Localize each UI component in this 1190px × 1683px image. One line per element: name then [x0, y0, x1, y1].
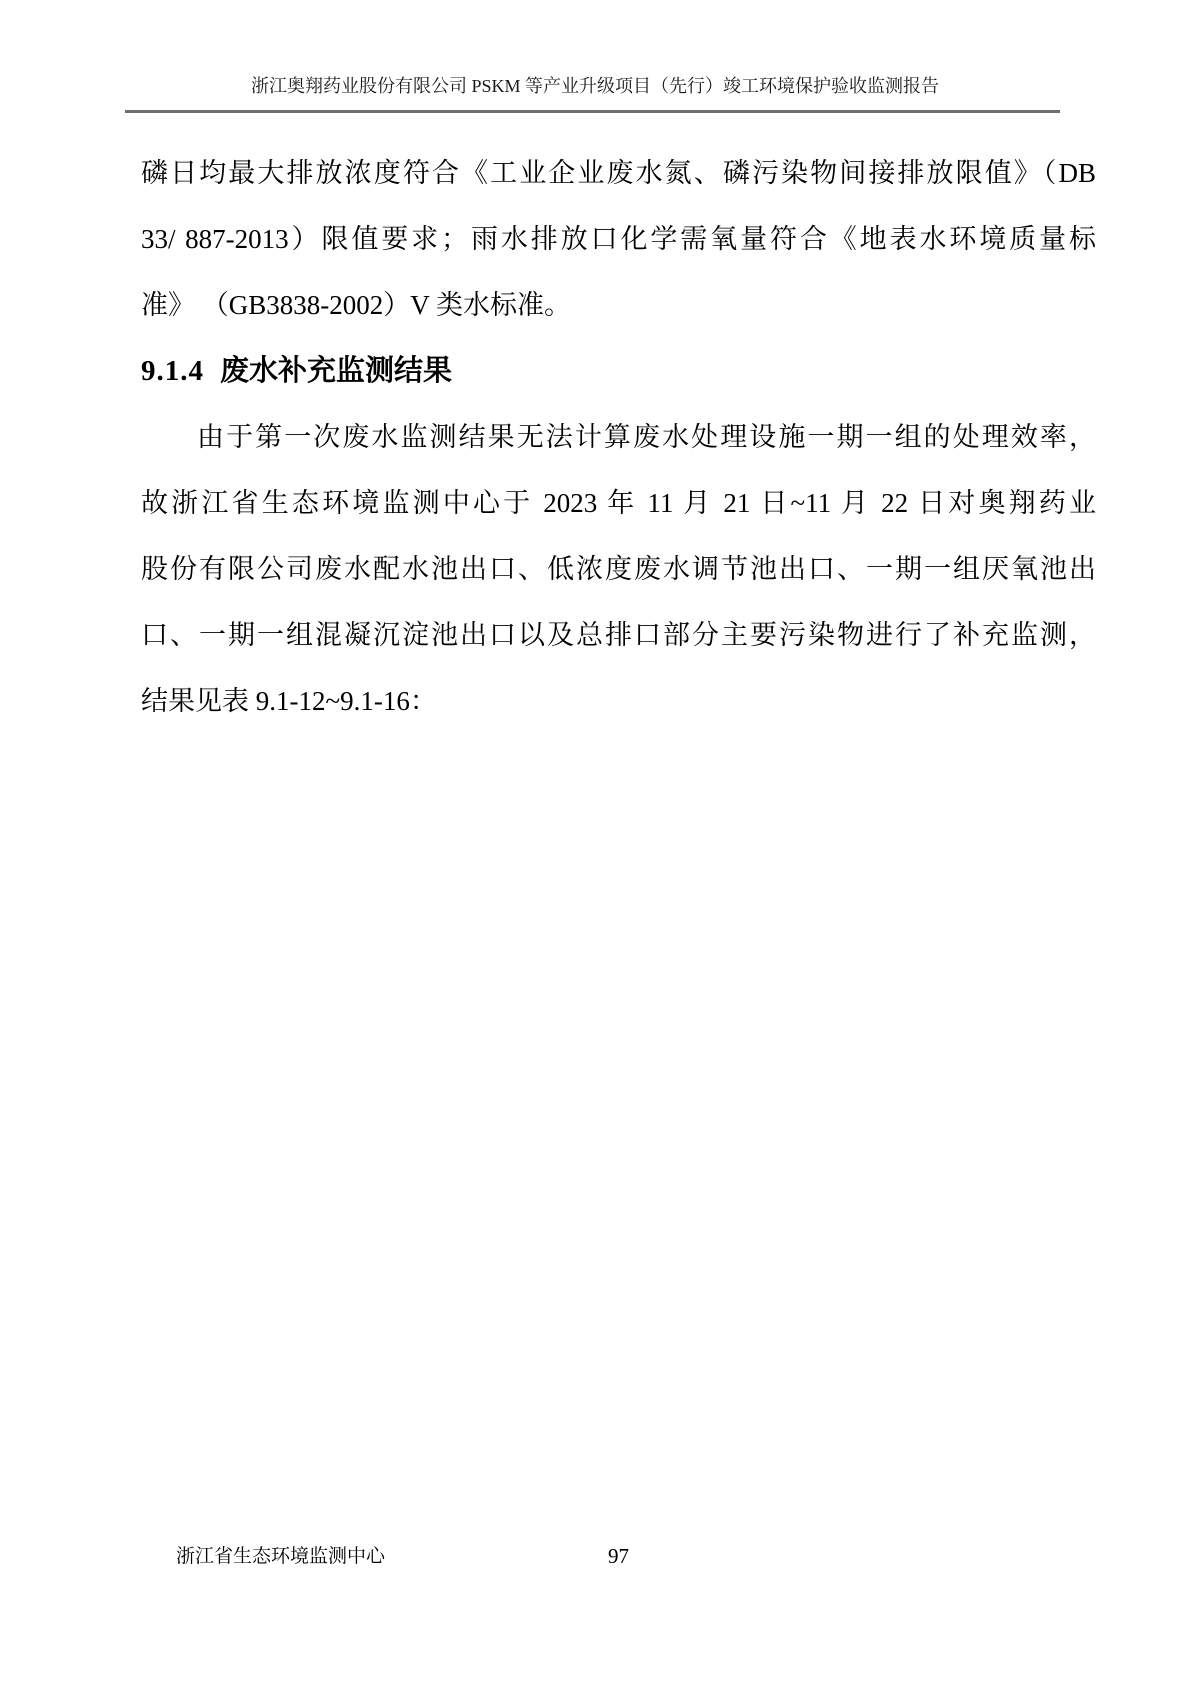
section-heading-text: 废水补充监测结果 — [220, 355, 452, 387]
text-line: 准》 （GB3838-2002）V 类水标准。 — [141, 272, 1096, 338]
paragraph-1: 磷日均最大排放浓度符合《工业企业废水氮、磷污染物间接排放限值》（DB 33/ 8… — [141, 140, 1096, 338]
document-page: 浙江奥翔药业股份有限公司 PSKM 等产业升级项目（先行）竣工环境保护验收监测报… — [0, 0, 1190, 1683]
section-heading-9-1-4: 9.1.4废水补充监测结果 — [141, 338, 1096, 404]
text-line: 33/ 887-2013）限值要求；雨水排放口化学需氧量符合《地表水环境质量标 — [141, 206, 1096, 272]
text-line: 磷日均最大排放浓度符合《工业企业废水氮、磷污染物间接排放限值》（DB — [141, 140, 1096, 206]
text-line: 故浙江省生态环境监测中心于 2023 年 11 月 21 日~11 月 22 日… — [141, 470, 1096, 536]
page-header-title: 浙江奥翔药业股份有限公司 PSKM 等产业升级项目（先行）竣工环境保护验收监测报… — [0, 74, 1190, 98]
header-rule — [125, 110, 1060, 113]
paragraph-2: 由于第一次废水监测结果无法计算废水处理设施一期一组的处理效率， 故浙江省生态环境… — [141, 404, 1096, 734]
page-number: 97 — [141, 1541, 1096, 1571]
page-content: 磷日均最大排放浓度符合《工业企业废水氮、磷污染物间接排放限值》（DB 33/ 8… — [141, 140, 1096, 734]
text-line: 口、一期一组混凝沉淀池出口以及总排口部分主要污染物进行了补充监测， — [141, 602, 1096, 668]
text-line: 股份有限公司废水配水池出口、低浓度废水调节池出口、一期一组厌氧池出 — [141, 536, 1096, 602]
section-heading-number: 9.1.4 — [141, 355, 204, 387]
text-line: 由于第一次废水监测结果无法计算废水处理设施一期一组的处理效率， — [141, 404, 1096, 470]
text-line: 结果见表 9.1-12~9.1-16： — [141, 668, 1096, 734]
